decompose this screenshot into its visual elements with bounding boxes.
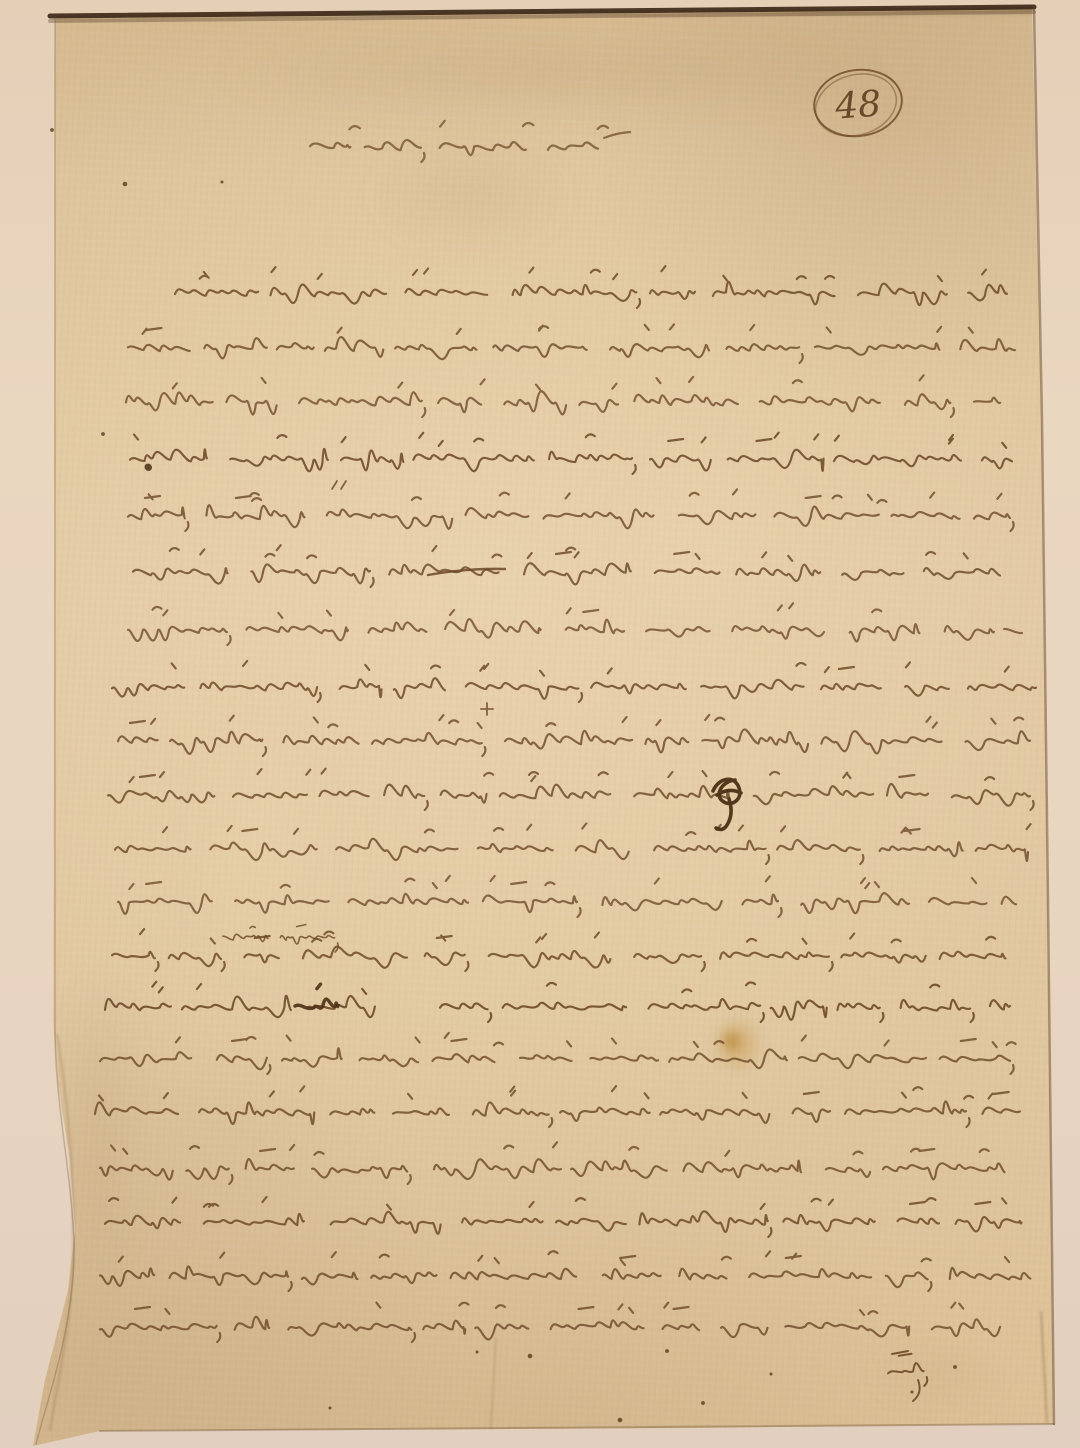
handwriting-line-14 <box>105 982 1010 1022</box>
paper-bottom-edge <box>100 1424 1054 1431</box>
handwritten-heading <box>310 121 630 162</box>
handwriting-line-2 <box>128 324 1015 363</box>
paper-speck <box>665 1349 669 1353</box>
paper-edges <box>36 7 1054 1444</box>
interlinear-insertion <box>223 925 338 952</box>
handwriting-line-6 <box>133 545 1000 587</box>
handwriting-line-3 <box>126 375 1000 417</box>
handwriting-line-8 <box>112 661 1036 702</box>
handwriting-line-1 <box>175 266 1007 308</box>
paper-speck <box>221 181 224 184</box>
scanned-manuscript-page: 48 <box>0 0 1080 1448</box>
heavily-inked-word <box>295 984 338 1008</box>
handwriting-line-4 <box>130 433 1012 474</box>
crease-line <box>491 1338 496 1428</box>
handwriting-line-13 <box>112 929 1005 971</box>
handwriting-line-9 <box>118 715 1030 756</box>
inked-out-word <box>713 779 741 829</box>
catchword <box>888 1351 927 1401</box>
paper-speck <box>953 1365 957 1369</box>
paper-speck <box>101 432 105 436</box>
handwriting-line-12 <box>118 876 1016 917</box>
paper-right-edge <box>1034 7 1054 1424</box>
paper-speck <box>50 128 54 132</box>
crease-line <box>50 1035 73 1430</box>
crease-line <box>1041 1312 1047 1422</box>
ink-layer: 48 <box>0 0 1080 1448</box>
paper-speck <box>911 1391 914 1394</box>
paper-speck <box>123 182 128 187</box>
page-number: 48 <box>833 83 883 127</box>
paper-speck <box>329 1407 332 1410</box>
handwriting-line-10 <box>108 769 1034 810</box>
handwriting-line-15 <box>100 1033 1016 1074</box>
plus-insertion-mark <box>481 703 493 715</box>
paper-speck <box>618 1418 623 1423</box>
handwriting-line-5 <box>128 489 1014 531</box>
paper-left-torn-edge <box>36 16 74 1444</box>
double-accent-mark <box>332 481 346 489</box>
paper-speck <box>528 1354 533 1359</box>
handwriting-line-16 <box>95 1086 1020 1127</box>
paper-speck <box>770 1373 773 1376</box>
ink-blot <box>148 467 149 468</box>
handwriting-line-11 <box>115 824 1031 865</box>
paper-speck <box>476 1351 479 1354</box>
handwriting <box>50 121 1036 1422</box>
page-number-badge: 48 <box>808 64 906 145</box>
handwriting-line-17 <box>100 1142 1005 1184</box>
handwriting-line-18 <box>105 1197 1022 1237</box>
handwriting-line-20 <box>100 1303 1000 1342</box>
handwriting-line-7 <box>128 603 1022 645</box>
paper-speck <box>701 1401 705 1405</box>
handwriting-line-19 <box>100 1251 1030 1291</box>
